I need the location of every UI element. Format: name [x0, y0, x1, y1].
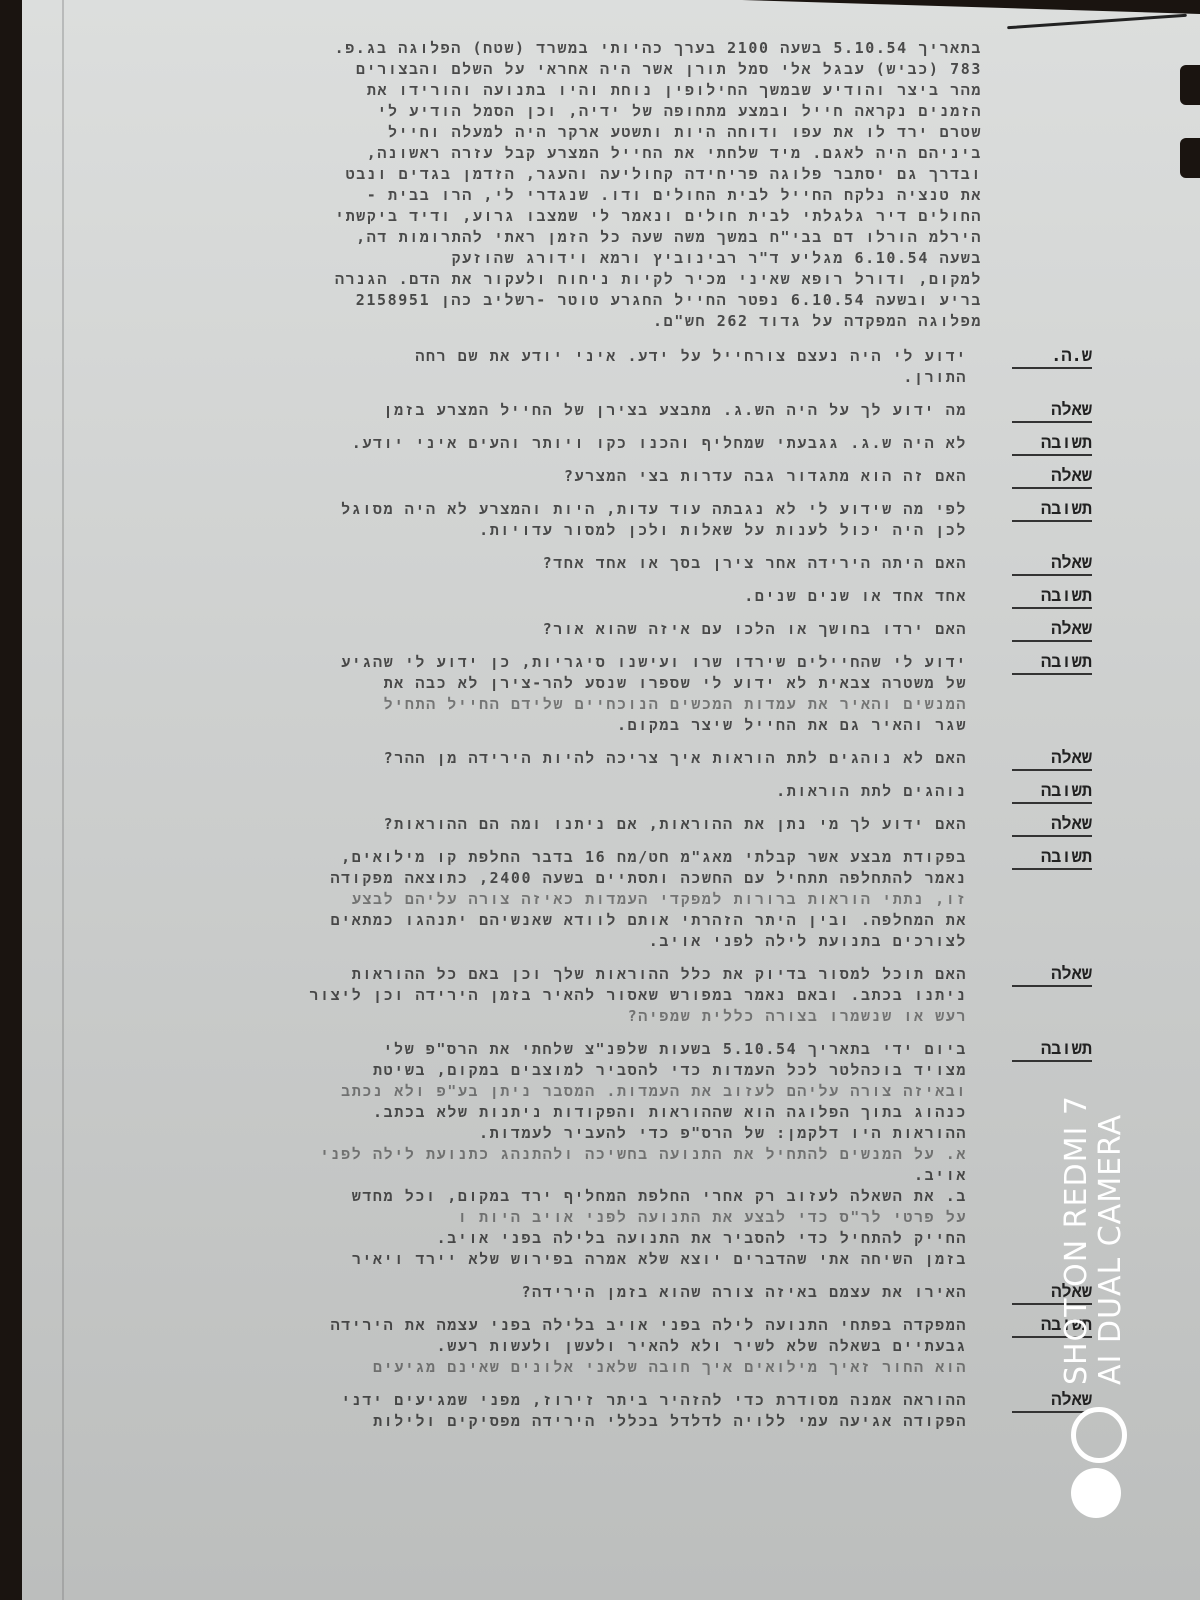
qa-entry: ש.ה.ידוע לי היה נעצם צורחייל על ידע. אינ…	[62, 346, 1082, 388]
qa-text: האם תוכל למסור בדיוק את כלל ההוראות שלך …	[62, 964, 967, 1027]
text-line: כנהוג בתוך הפלוגה הוא שההוראות והפקודות …	[62, 1102, 967, 1123]
text-line: נאמר להתחלפה תתחיל עם החשכה ותסתיים בשעה…	[62, 868, 967, 889]
margin-label: תשובה	[1012, 1039, 1092, 1062]
qa-text: האם ידוע לך מי נתן את ההוראות, אם ניתנו …	[62, 814, 967, 835]
qa-entry: שאלההאירו את עצמם באיזה צורה שהוא בזמן ה…	[62, 1282, 1082, 1303]
qa-entry: שאלההאם תוכל למסור בדיוק את כלל ההוראות …	[62, 964, 1082, 1027]
text-line: המנשים והאיר את עמדות המכשים הנוכחיים של…	[62, 694, 967, 715]
top-ink-rule	[1007, 14, 1187, 30]
qa-text: האם זה הוא מתגדור גבה עדרות בצי המצרע?	[62, 466, 967, 487]
qa-text: האירו את עצמם באיזה צורה שהוא בזמן היריד…	[62, 1282, 967, 1303]
qa-entry: שאלהההוראה אמנה מסודרת כדי להזהיר ביתר ז…	[62, 1390, 1082, 1432]
qa-text: לפי מה שידוע לי לא נגבתה עוד עדות, היות …	[62, 499, 967, 541]
text-line: ידוע לי היה נעצם צורחייל על ידע. איני יו…	[62, 346, 967, 367]
margin-label: שאלה	[1012, 466, 1092, 489]
text-line: הפקודה אגיעה עמי ללויה לדלדל בכללי היריד…	[62, 1411, 967, 1432]
header-paragraph: בתאריך 5.10.54 בשעה 2100 בערך כהיותי במש…	[62, 38, 982, 332]
text-line: ביום ידי בתאריך 5.10.54 בשעות שלפנ"צ שלח…	[62, 1039, 967, 1060]
text-line: המפקדה בפתחי התנועה לילה בפני אויב בלילה…	[62, 1315, 967, 1336]
text-line: לא היה ש.ג. גגבעתי שמחליף והכנו כקו ויות…	[62, 433, 967, 454]
text-line: ביניהם היה לאגם. מיד שלחתי את החייל המצר…	[62, 143, 982, 164]
qa-entry: תשובהביום ידי בתאריך 5.10.54 בשעות שלפנ"…	[62, 1039, 1082, 1270]
text-line: האם ירדו בחושך או הלכו עם איזה שהוא אור?	[62, 619, 967, 640]
text-line: בריע ובשעה 6.10.54 נפטר החייל החגרע טוטר…	[62, 290, 982, 311]
margin-label: תשובה	[1012, 781, 1092, 804]
text-line: מה ידוע לך על היה הש.ג. מתבצע בצירן של ה…	[62, 400, 967, 421]
text-line: ידוע לי שהחיילים שירדו שרו ועישנו סיגריו…	[62, 652, 967, 673]
margin-label: שאלה	[1012, 619, 1092, 642]
qa-text: ההוראה אמנה מסודרת כדי להזהיר ביתר זירוז…	[62, 1390, 967, 1432]
qa-entry: תשובההמפקדה בפתחי התנועה לילה בפני אויב …	[62, 1315, 1082, 1378]
text-line: על פרטי לר"ס כדי לבצע את התנועה לפני אוי…	[62, 1207, 967, 1228]
qa-entry: שאלההאם ידוע לך מי נתן את ההוראות, אם ני…	[62, 814, 1082, 835]
text-line: שטרם ירד לו את עפו ודוחה היות ותשטע ארקר…	[62, 122, 982, 143]
document-page: בתאריך 5.10.54 בשעה 2100 בערך כהיותי במש…	[22, 0, 1200, 1600]
margin-label: ש.ה.	[1012, 346, 1092, 369]
margin-label: שאלה	[1012, 553, 1092, 576]
margin-label: שאלה	[1012, 400, 1092, 423]
text-line: שגר והאיר גם את החייל שיצר במקום.	[62, 715, 967, 736]
margin-label: שאלה	[1012, 1390, 1092, 1413]
qa-text: האם ירדו בחושך או הלכו עם איזה שהוא אור?	[62, 619, 967, 640]
text-line: ההוראות היו דלקמן: של הרס"פ כדי להעביר ל…	[62, 1123, 967, 1144]
qa-entry: תשובהנוהגים לתת הוראות.	[62, 781, 1082, 802]
margin-label: שאלה	[1012, 814, 1092, 837]
qa-text: ידוע לי שהחיילים שירדו שרו ועישנו סיגריו…	[62, 652, 967, 736]
qa-text: אחד אחד או שנים שנים.	[62, 586, 967, 607]
text-line: האם ידוע לך מי נתן את ההוראות, אם ניתנו …	[62, 814, 967, 835]
qa-text: מה ידוע לך על היה הש.ג. מתבצע בצירן של ה…	[62, 400, 967, 421]
watermark-dot-icon	[1071, 1468, 1121, 1518]
binder-hole	[1180, 138, 1200, 178]
camera-watermark: SHOT ON REDMI 7 AI DUAL CAMERA	[1060, 1095, 1128, 1385]
qa-text: לא היה ש.ג. גגבעתי שמחליף והכנו כקו ויות…	[62, 433, 967, 454]
text-line: האירו את עצמם באיזה צורה שהוא בזמן היריד…	[62, 1282, 967, 1303]
text-line: ההוראה אמנה מסודרת כדי להזהיר ביתר זירוז…	[62, 1390, 967, 1411]
text-line: לפי מה שידוע לי לא נגבתה עוד עדות, היות …	[62, 499, 967, 520]
text-line: הוא החור זאיך מילואים איך חובה שלאני אלו…	[62, 1357, 967, 1378]
margin-label: תשובה	[1012, 433, 1092, 456]
text-line: בפקודת מבצע אשר קבלתי מאג"מ חט/מח 16 בדב…	[62, 847, 967, 868]
typewritten-text: בתאריך 5.10.54 בשעה 2100 בערך כהיותי במש…	[62, 38, 1082, 1444]
text-line: ובדרך גם יסתבר פלוגה פריחידה קחוליעה והע…	[62, 164, 982, 185]
watermark-ring-icon	[1071, 1407, 1127, 1463]
text-line: אחד אחד או שנים שנים.	[62, 586, 967, 607]
text-line: מצויד בוכהלטר לכל העמדות כדי להסביר למוצ…	[62, 1060, 967, 1081]
text-line: החייק להתחיל כדי להסביר את התנועה בלילה …	[62, 1228, 967, 1249]
text-line: מפלוגה המפקדה על גדוד 262 חש"ם.	[62, 311, 982, 332]
qa-text: בפקודת מבצע אשר קבלתי מאג"מ חט/מח 16 בדב…	[62, 847, 967, 952]
qa-entry: שאלההאם היתה הירידה אחר צירן בסך או אחד …	[62, 553, 1082, 574]
watermark-line-1: SHOT ON REDMI 7	[1060, 1095, 1094, 1385]
text-line: מהר ביצר והודיע שבמשך החילופין נוחת והיו…	[62, 80, 982, 101]
text-line: את טנציה נלקח החייל לבית החולים ודו. שנג…	[62, 185, 982, 206]
watermark-line-2: AI DUAL CAMERA	[1094, 1095, 1128, 1385]
text-line: נוהגים לתת הוראות.	[62, 781, 967, 802]
qa-text: ידוע לי היה נעצם צורחייל על ידע. איני יו…	[62, 346, 967, 388]
text-line: בשעה 6.10.54 מגליע ד"ר רבינוביץ ורמא ויד…	[62, 248, 982, 269]
qa-entry: תשובהלא היה ש.ג. גגבעתי שמחליף והכנו כקו…	[62, 433, 1082, 454]
text-line: האם תוכל למסור בדיוק את כלל ההוראות שלך …	[62, 964, 967, 985]
text-line: התורן.	[62, 367, 967, 388]
text-line: בתאריך 5.10.54 בשעה 2100 בערך כהיותי במש…	[62, 38, 982, 59]
text-line: ב. את השאלה לעזוב רק אחרי החלפת המחליף י…	[62, 1186, 967, 1207]
text-line: ניתנו בכתב. ובאם נאמר במפורש שאסור להאיר…	[62, 985, 967, 1006]
qa-entry: תשובהבפקודת מבצע אשר קבלתי מאג"מ חט/מח 1…	[62, 847, 1082, 952]
margin-label: שאלה	[1012, 748, 1092, 771]
text-line: לצורכים בתנועת לילה לפני אויב.	[62, 931, 967, 952]
qa-entry: תשובהאחד אחד או שנים שנים.	[62, 586, 1082, 607]
text-line: רעש או שנשמרו בצורה כללית שמפיה?	[62, 1006, 967, 1027]
text-line: את המחלפה. ובין היתר הזהרתי אותם לוודא ש…	[62, 910, 967, 931]
qa-text: נוהגים לתת הוראות.	[62, 781, 967, 802]
qa-text: האם לא נוהגים לתת הוראות איך צריכה להיות…	[62, 748, 967, 769]
text-line: לכן היה יכול לענות על שאלות ולכן למסור ע…	[62, 520, 967, 541]
text-line: בזמן השיחה אתי שהדברים יוצא שלא אמרה בפי…	[62, 1249, 967, 1270]
text-line: הזמנים נקראה חייל ובמצע מתחופה של ידיה, …	[62, 101, 982, 122]
margin-label: שאלה	[1012, 964, 1092, 987]
qa-entry: שאלההאם ירדו בחושך או הלכו עם איזה שהוא …	[62, 619, 1082, 640]
text-line: א. על המנשים להתחיל את התנועה בחשיכה ולה…	[62, 1144, 967, 1165]
qa-entry: שאלההאם לא נוהגים לתת הוראות איך צריכה ל…	[62, 748, 1082, 769]
text-line: גבעתיים בשאלה שלא לשיר ולא להאיר ולעשן ו…	[62, 1336, 967, 1357]
text-line: החולים דיר גלגלתי לבית חולים ונאמר לי שמ…	[62, 206, 982, 227]
text-line: 783 (כביש) עבגל אלי סמל תורן אשר היה אחר…	[62, 59, 982, 80]
text-line: האם זה הוא מתגדור גבה עדרות בצי המצרע?	[62, 466, 967, 487]
text-line: אויב.	[62, 1165, 967, 1186]
qa-text: ביום ידי בתאריך 5.10.54 בשעות שלפנ"צ שלח…	[62, 1039, 967, 1270]
text-line: ובאיזה צורה עליהם לעזוב את העמדות. המסבר…	[62, 1081, 967, 1102]
margin-label: תשובה	[1012, 586, 1092, 609]
question-answer-list: ש.ה.ידוע לי היה נעצם צורחייל על ידע. אינ…	[62, 346, 1082, 1432]
margin-label: תשובה	[1012, 652, 1092, 675]
text-line: האם היתה הירידה אחר צירן בסך או אחד אחד?	[62, 553, 967, 574]
qa-text: המפקדה בפתחי התנועה לילה בפני אויב בלילה…	[62, 1315, 967, 1378]
margin-label: תשובה	[1012, 499, 1092, 522]
qa-text: האם היתה הירידה אחר צירן בסך או אחד אחד?	[62, 553, 967, 574]
qa-entry: תשובהידוע לי שהחיילים שירדו שרו ועישנו ס…	[62, 652, 1082, 736]
background-shadow	[742, 0, 1200, 14]
text-line: למקום, ודורל רופא שאיני מכיר לקיות ניחוח…	[62, 269, 982, 290]
margin-label: תשובה	[1012, 847, 1092, 870]
text-line: האם לא נוהגים לתת הוראות איך צריכה להיות…	[62, 748, 967, 769]
qa-entry: שאלהמה ידוע לך על היה הש.ג. מתבצע בצירן …	[62, 400, 1082, 421]
text-line: של משטרה צבאית לא ידוע לי שספרו שנסע להר…	[62, 673, 967, 694]
binder-hole	[1180, 65, 1200, 105]
qa-entry: תשובהלפי מה שידוע לי לא נגבתה עוד עדות, …	[62, 499, 1082, 541]
text-line: הירלמ הורלו דם בבי"ח במשך משה שעה כל הזמ…	[62, 227, 982, 248]
text-line: זו, נתתי הוראות ברורות למפקדי העמדות כאי…	[62, 889, 967, 910]
qa-entry: שאלההאם זה הוא מתגדור גבה עדרות בצי המצר…	[62, 466, 1082, 487]
